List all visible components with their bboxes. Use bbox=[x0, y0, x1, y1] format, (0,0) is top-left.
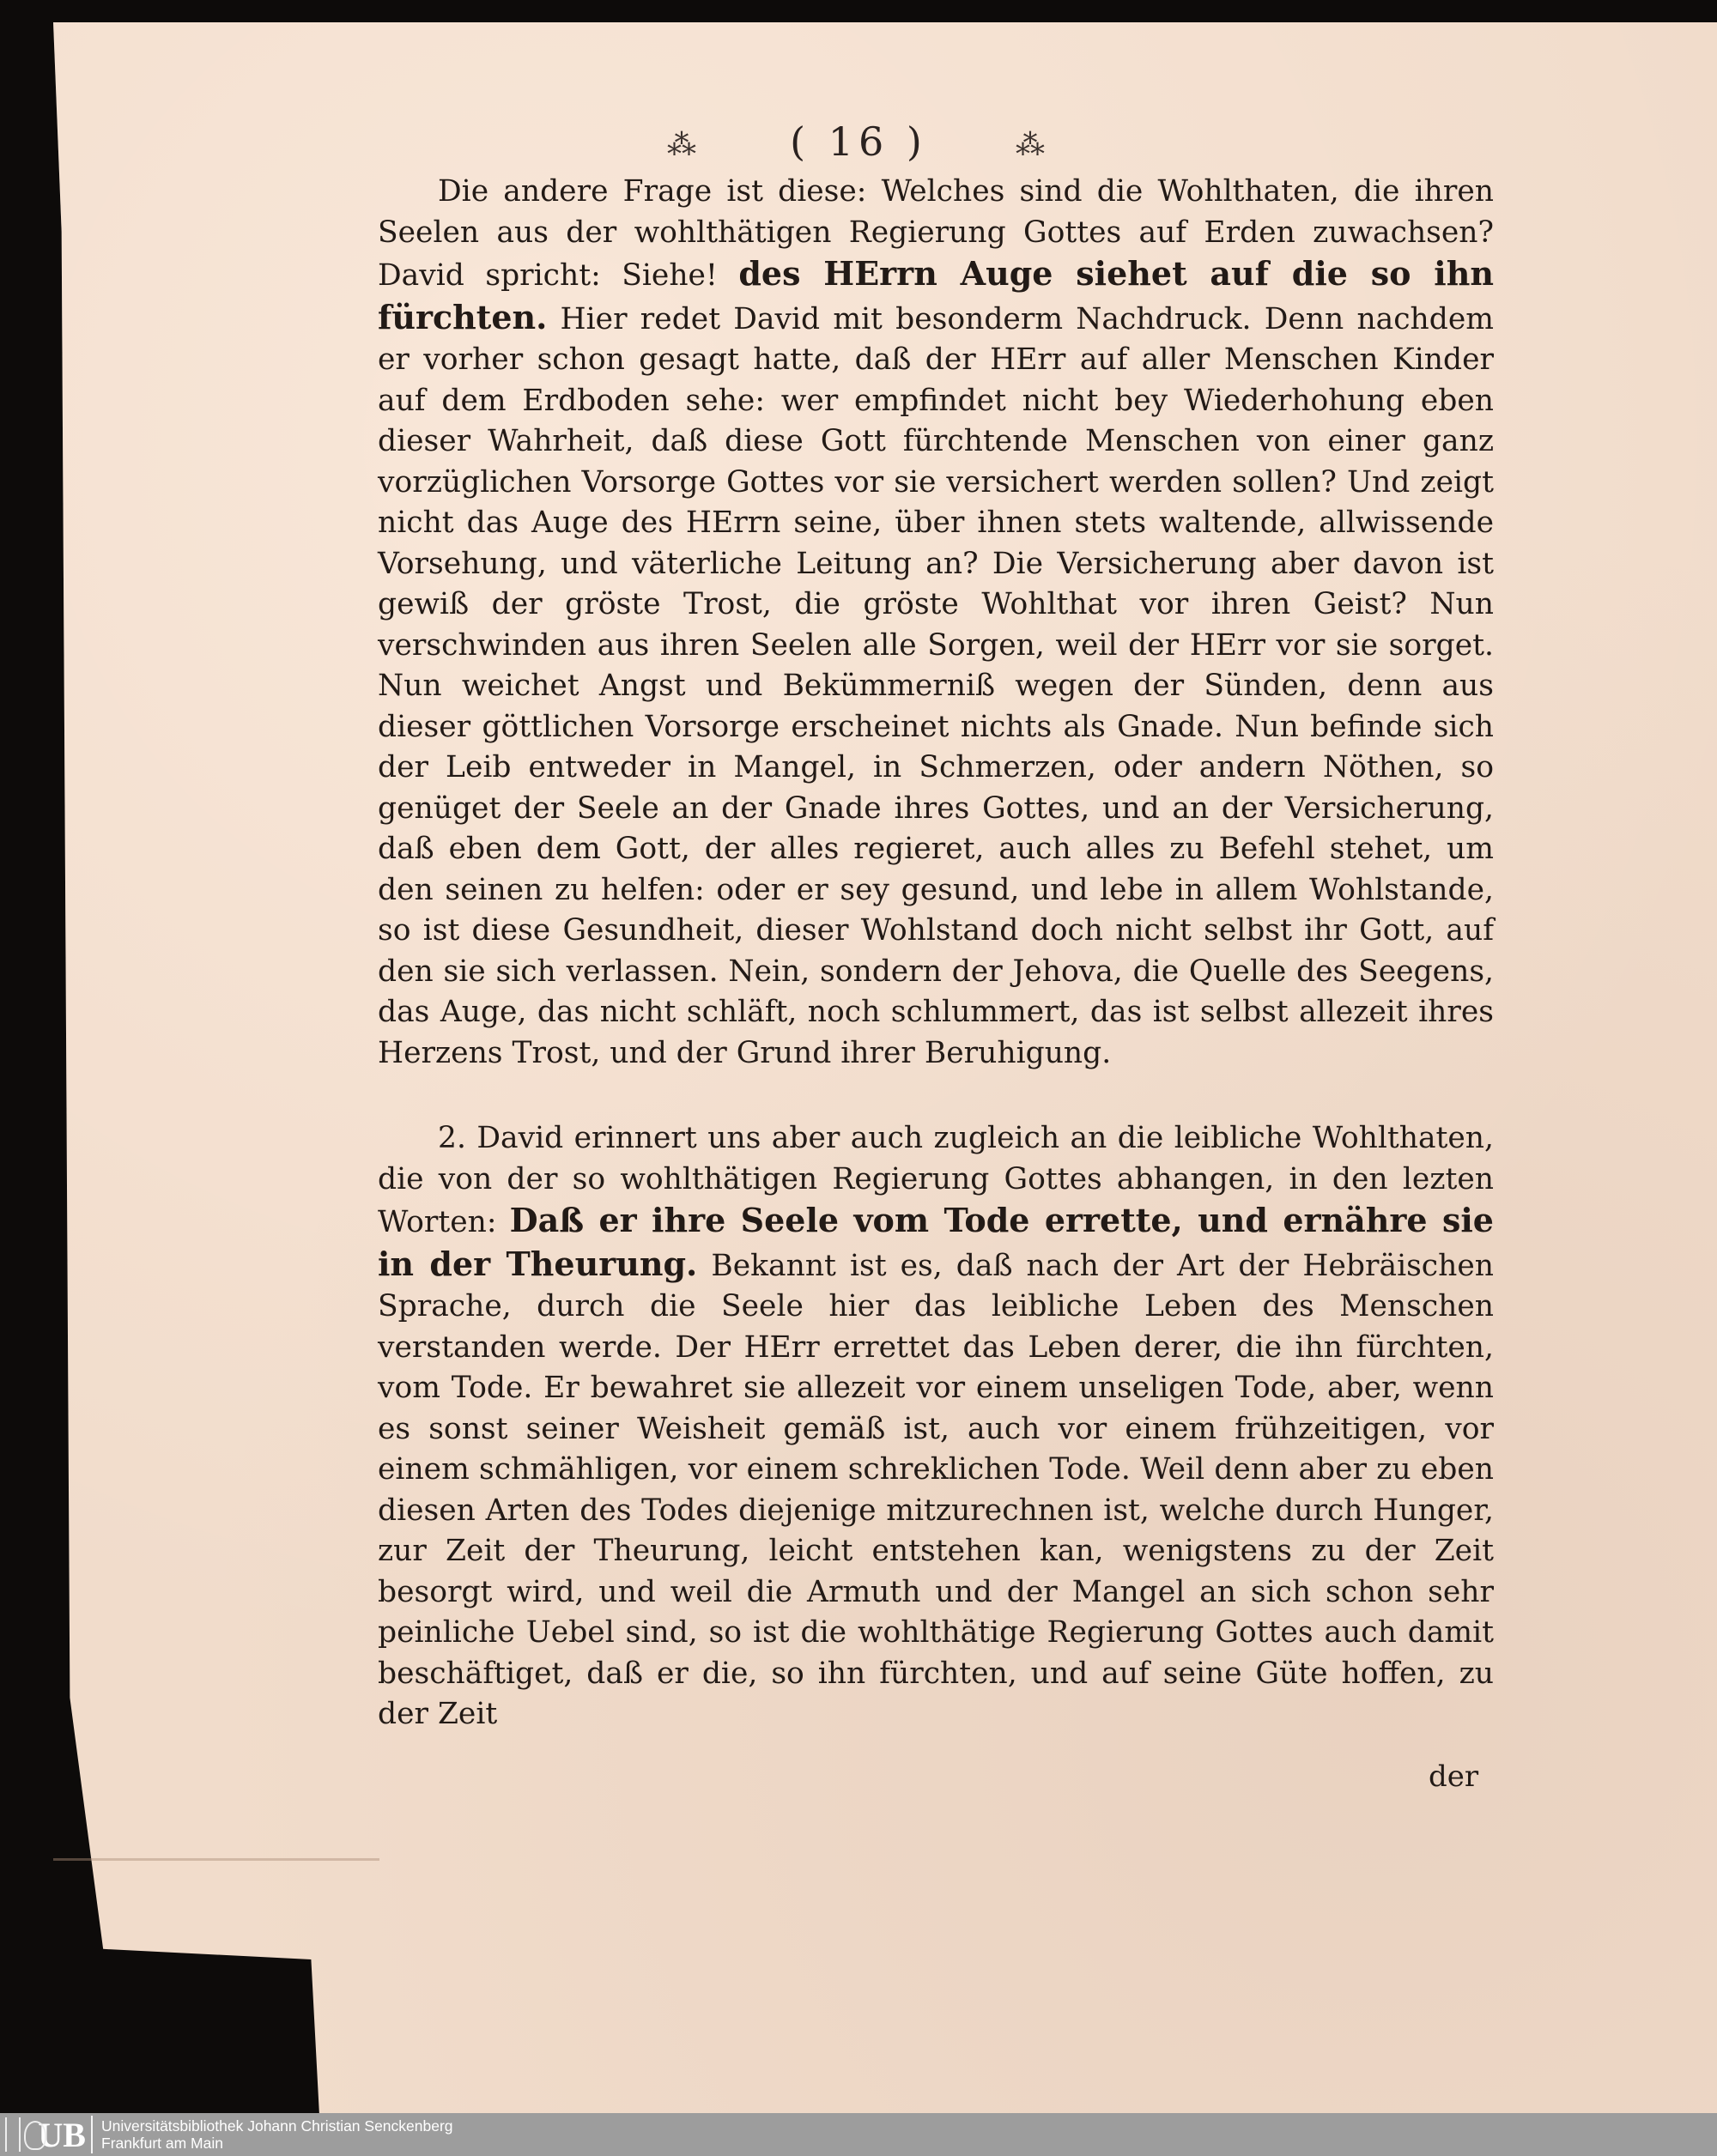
logo-portrait-icon bbox=[24, 2121, 46, 2150]
library-footer-bar: UB Universitätsbibliothek Johann Christi… bbox=[0, 2113, 1717, 2156]
paragraph-2: 2. David erinnert uns aber auch zugleich… bbox=[378, 1118, 1494, 1735]
paragraph-1-text-b: Hier redet David mit besonderm Nachdruck… bbox=[378, 302, 1494, 1070]
catchword: der bbox=[1429, 1759, 1478, 1794]
library-name: Universitätsbibliothek Johann Christian … bbox=[101, 2117, 453, 2135]
ornament-left-icon: ⁂ bbox=[667, 128, 701, 162]
ornament-right-icon: ⁂ bbox=[1016, 128, 1050, 162]
body-text: Die andere Frage ist diese: Welches sind… bbox=[378, 172, 1494, 1735]
library-credit: Universitätsbibliothek Johann Christian … bbox=[101, 2117, 453, 2152]
library-city: Frankfurt am Main bbox=[101, 2135, 453, 2152]
paragraph-2-text-b: Bekannt ist es, daß nach der Art der Heb… bbox=[378, 1249, 1494, 1732]
paper-tear-line bbox=[53, 1858, 379, 1861]
paragraph-1: Die andere Frage ist diese: Welches sind… bbox=[378, 172, 1494, 1074]
page-header: ⁂ ( 16 ) ⁂ bbox=[0, 118, 1717, 165]
page-number: ( 16 ) bbox=[790, 118, 927, 165]
logo-columns-icon bbox=[5, 2117, 21, 2152]
library-logo: UB bbox=[3, 2116, 93, 2153]
